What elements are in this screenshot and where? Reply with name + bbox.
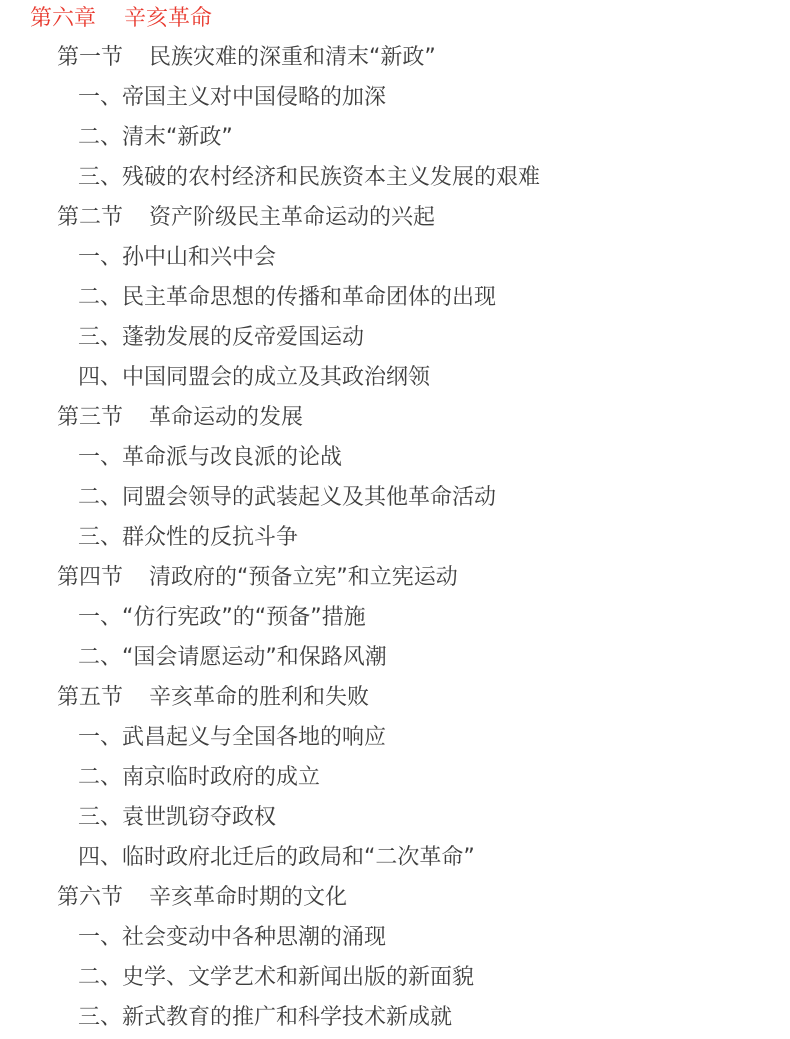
section-title: 清政府的“预备立宪”和立宪运动 (149, 558, 458, 598)
section-title: 辛亥革命的胜利和失败 (149, 678, 369, 718)
section-number: 第四节 (57, 558, 123, 598)
toc-item: 一、孙中山和兴中会 (0, 238, 790, 278)
toc-item: 三、蓬勃发展的反帝爱国运动 (0, 318, 790, 358)
toc-item: 二、民主革命思想的传播和革命团体的出现 (0, 278, 790, 318)
section-heading: 第二节资产阶级民主革命运动的兴起 (0, 198, 790, 238)
section-title: 革命运动的发展 (149, 398, 303, 438)
chapter-heading: 第六章 辛亥革命 (0, 0, 790, 38)
toc-item: 一、“仿行宪政”的“预备”措施 (0, 598, 790, 638)
toc-item: 一、革命派与改良派的论战 (0, 438, 790, 478)
toc-item: 二、“国会请愿运动”和保路风潮 (0, 638, 790, 678)
section-heading: 第五节辛亥革命的胜利和失败 (0, 678, 790, 718)
toc-item: 三、群众性的反抗斗争 (0, 518, 790, 558)
toc-item: 二、史学、文学艺术和新闻出版的新面貌 (0, 958, 790, 998)
toc-item: 一、帝国主义对中国侵略的加深 (0, 78, 790, 118)
section-number: 第一节 (57, 38, 123, 78)
toc-item: 二、南京临时政府的成立 (0, 758, 790, 798)
toc-item: 一、社会变动中各种思潮的涌现 (0, 918, 790, 958)
section-number: 第三节 (57, 398, 123, 438)
section-heading: 第一节民族灾难的深重和清末“新政” (0, 38, 790, 78)
toc-item: 三、袁世凯窃夺政权 (0, 798, 790, 838)
chapter-title: 辛亥革命 (124, 0, 212, 39)
section-number: 第二节 (57, 198, 123, 238)
section-number: 第五节 (57, 678, 123, 718)
table-of-contents: 第六章 辛亥革命 第一节民族灾难的深重和清末“新政”一、帝国主义对中国侵略的加深… (0, 0, 790, 1038)
section-title: 资产阶级民主革命运动的兴起 (149, 198, 435, 238)
toc-item: 二、同盟会领导的武装起义及其他革命活动 (0, 478, 790, 518)
toc-item: 四、临时政府北迁后的政局和“二次革命” (0, 838, 790, 878)
section-number: 第六节 (57, 878, 123, 918)
section-title: 辛亥革命时期的文化 (149, 878, 347, 918)
section-heading: 第三节革命运动的发展 (0, 398, 790, 438)
section-heading: 第四节清政府的“预备立宪”和立宪运动 (0, 558, 790, 598)
toc-sections: 第一节民族灾难的深重和清末“新政”一、帝国主义对中国侵略的加深二、清末“新政”三… (0, 38, 790, 1038)
chapter-number: 第六章 (30, 0, 96, 39)
toc-item: 一、武昌起义与全国各地的响应 (0, 718, 790, 758)
toc-item: 四、中国同盟会的成立及其政治纲领 (0, 358, 790, 398)
toc-item: 三、残破的农村经济和民族资本主义发展的艰难 (0, 158, 790, 198)
section-heading: 第六节辛亥革命时期的文化 (0, 878, 790, 918)
toc-item: 二、清末“新政” (0, 118, 790, 158)
toc-item: 三、新式教育的推广和科学技术新成就 (0, 998, 790, 1038)
section-title: 民族灾难的深重和清末“新政” (149, 38, 436, 78)
